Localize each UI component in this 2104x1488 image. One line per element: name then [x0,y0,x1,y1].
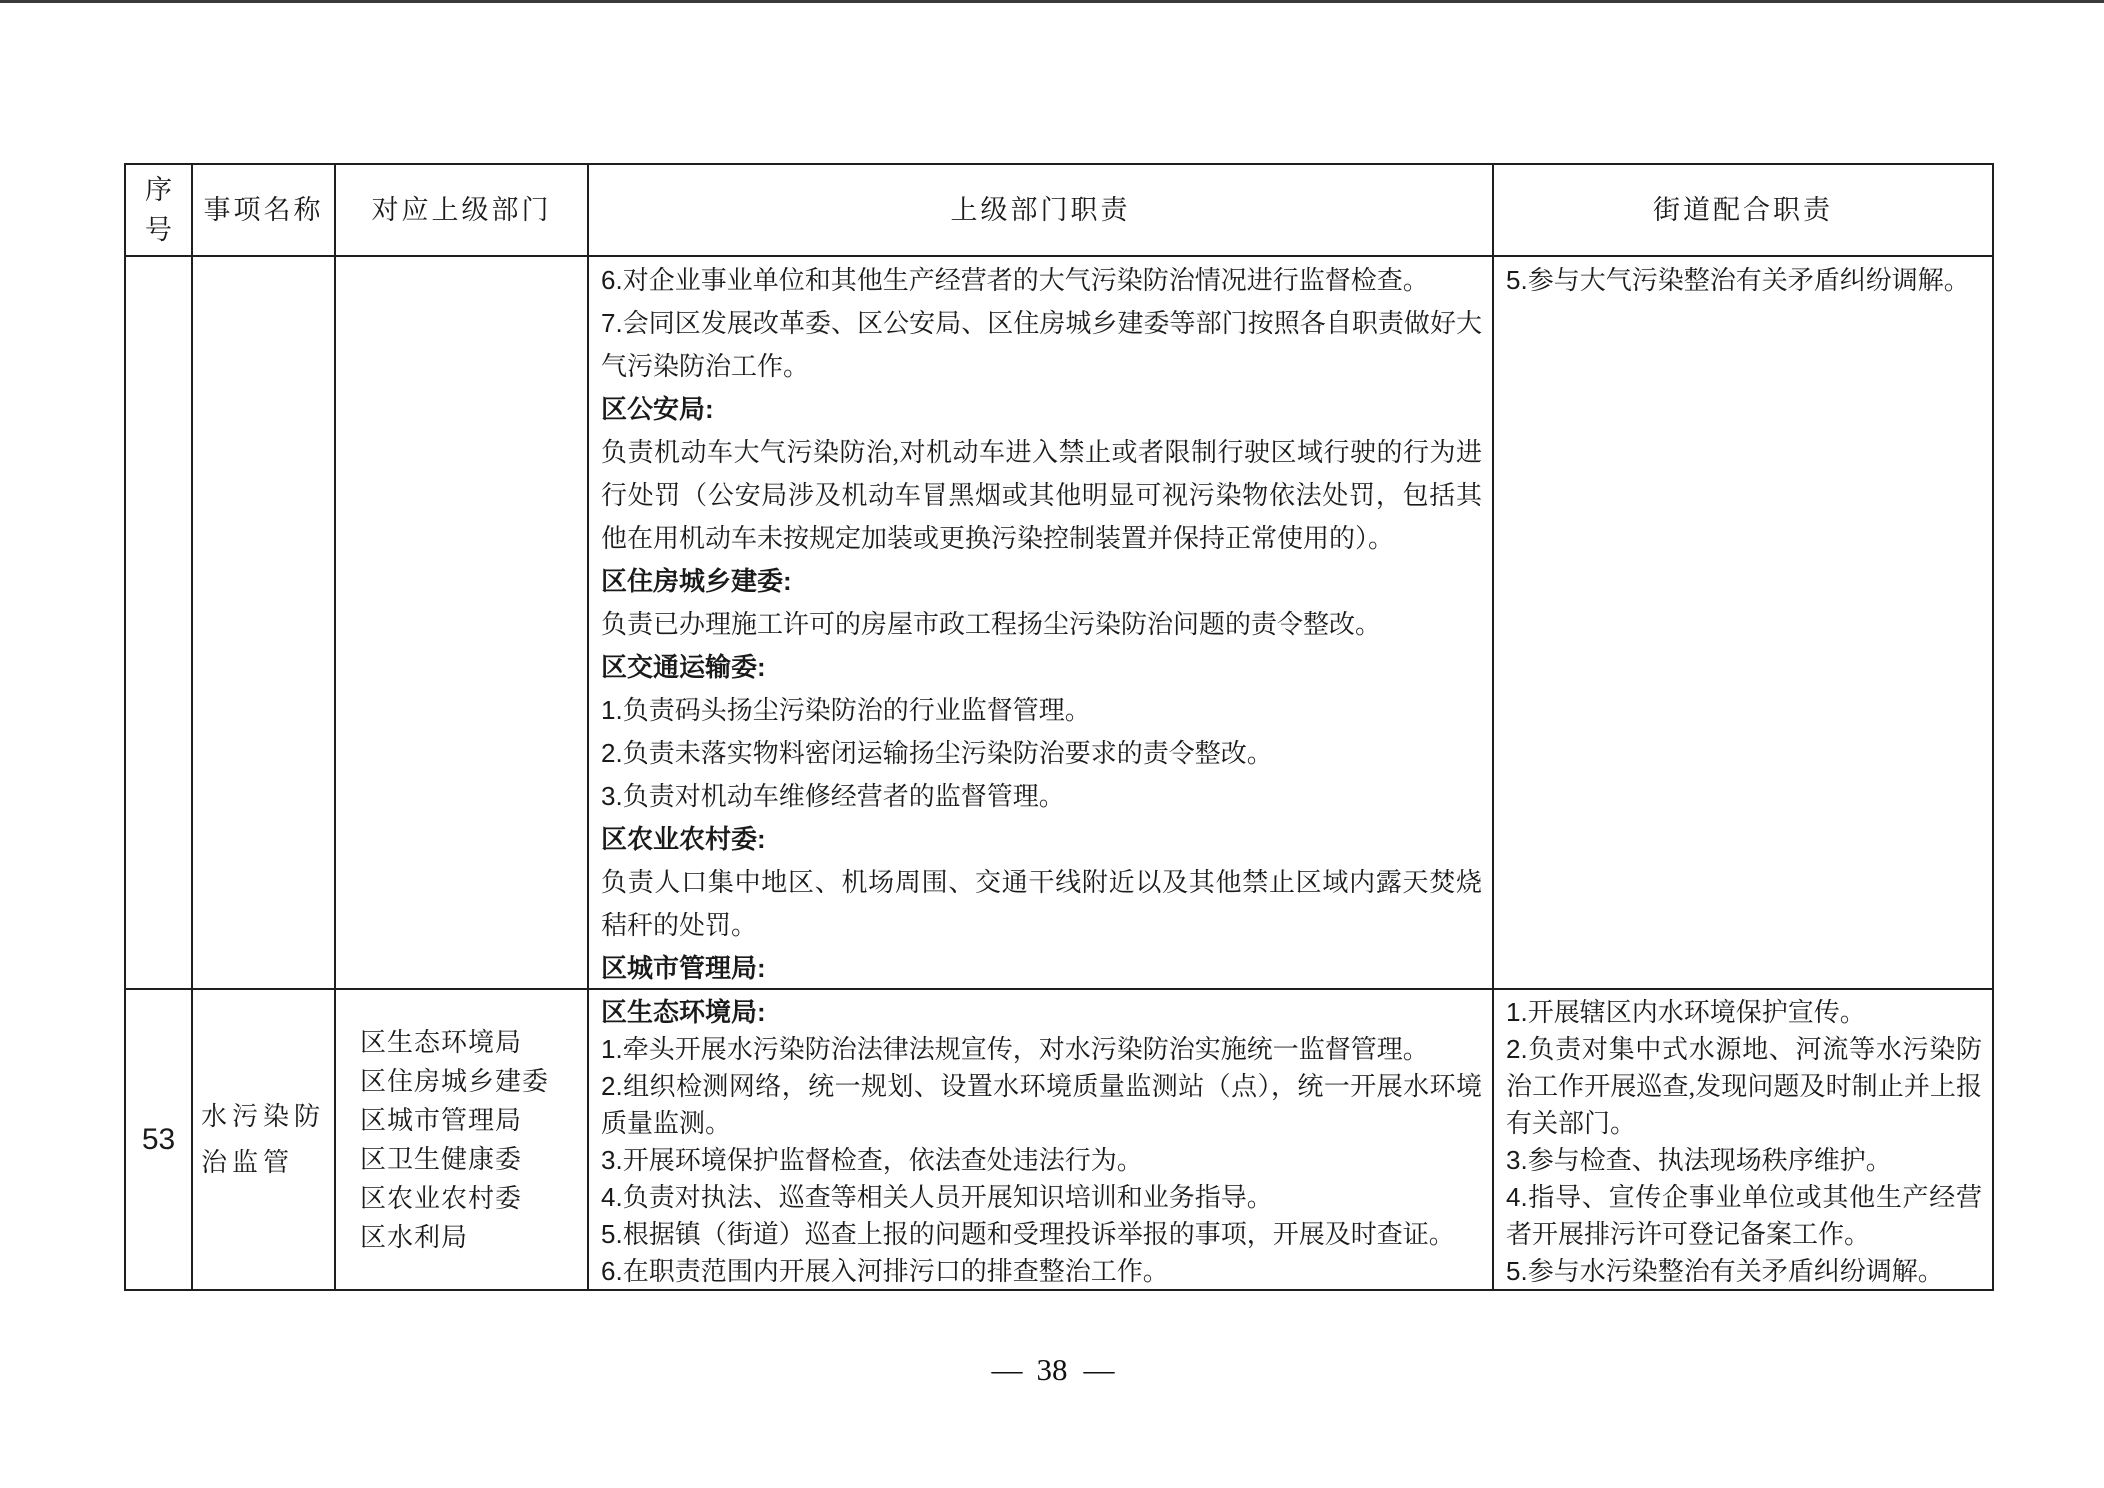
duty-department-heading: 区交通运输委: [601,646,1482,689]
row2-street-duties-cell: 1.开展辖区内水环境保护宣传。 2.负责对集中式水源地、河流等水污染防治工作开展… [1494,990,1992,1289]
department-item: 区住房城乡建委 [360,1062,587,1101]
row2-name-cell: 水污染防治监管 [193,990,336,1289]
duty-department-heading: 区公安局: [601,388,1482,431]
street-duty-item: 3.参与检查、执法现场秩序维护。 [1506,1142,1982,1179]
duty-item: 7.会同区发展改革委、区公安局、区住房城乡建委等部门按照各自职责做好大气污染防治… [601,302,1482,388]
duty-item: 负责机动车大气污染防治,对机动车进入禁止或者限制行驶区域行驶的行为进行处罚（公安… [601,431,1482,560]
duty-item: 5.根据镇（街道）巡查上报的问题和受理投诉举报的事项，开展及时查证。 [601,1216,1482,1253]
row2-name: 水污染防治监管 [193,1094,334,1186]
street-duty-item: 5.参与水污染整治有关矛盾纠纷调解。 [1506,1253,1982,1289]
header-department-label: 对应上级部门 [372,190,552,230]
row1-department-cell [336,257,589,990]
duty-item: 3.开展环境保护监督检查，依法查处违法行为。 [601,1142,1482,1179]
header-department: 对应上级部门 [336,165,589,257]
department-list: 区生态环境局 区住房城乡建委 区城市管理局 区卫生健康委 区农业农村委 区水利局 [336,990,587,1289]
row1-seq-cell [126,257,193,990]
row2-department-cell: 区生态环境局 区住房城乡建委 区城市管理局 区卫生健康委 区农业农村委 区水利局 [336,990,589,1289]
row1-name-cell [193,257,336,990]
department-item: 区水利局 [360,1218,587,1257]
department-item: 区农业农村委 [360,1179,587,1218]
department-item: 区生态环境局 [360,1023,587,1062]
street-duty-item: 4.指导、宣传企事业单位或其他生产经营者开展排污许可登记备案工作。 [1506,1179,1982,1253]
department-item: 区卫生健康委 [360,1140,587,1179]
footer-dash-right: — [1084,1352,1113,1387]
row2-seq: 53 [142,1123,175,1157]
page-top-edge-line [0,0,2104,3]
duty-item: 3.负责对机动车维修经营者的监督管理。 [601,775,1482,818]
row2-duties-cell: 区生态环境局: 1.牵头开展水污染防治法律法规宣传，对水污染防治实施统一监督管理… [589,990,1494,1289]
page-number: 38 [1037,1352,1068,1387]
duty-item: 2.负责未落实物料密闭运输扬尘污染防治要求的责令整改。 [601,732,1482,775]
street-duty-item: 5.参与大气污染整治有关矛盾纠纷调解。 [1506,259,1982,302]
duty-item: 6.在职责范围内开展入河排污口的排查整治工作。 [601,1253,1482,1289]
footer-dash-left: — [992,1352,1021,1387]
header-item-name: 事项名称 [193,165,336,257]
row2-seq-cell: 53 [126,990,193,1289]
duty-item: 4.负责对执法、巡查等相关人员开展知识培训和业务指导。 [601,1179,1482,1216]
document-page: 序号 事项名称 对应上级部门 上级部门职责 街道配合职责 6.对企业事业单位和其… [0,0,2104,1488]
header-street-duties: 街道配合职责 [1494,165,1992,257]
duty-item: 1.负责码头扬尘污染防治的行业监督管理。 [601,689,1482,732]
header-street-duties-label: 街道配合职责 [1653,190,1833,230]
header-seq: 序号 [126,165,193,257]
duty-item: 1.牵头开展水污染防治法律法规宣传，对水污染防治实施统一监督管理。 [601,1031,1482,1068]
duty-item: 6.对企业事业单位和其他生产经营者的大气污染防治情况进行监督检查。 [601,259,1482,302]
header-item-name-label: 事项名称 [204,190,324,230]
duty-department-heading: 区住房城乡建委: [601,560,1482,603]
duty-item: 负责已办理施工许可的房屋市政工程扬尘污染防治问题的责令整改。 [601,603,1482,646]
header-duties: 上级部门职责 [589,165,1494,257]
header-seq-label: 序号 [142,170,176,250]
page-footer: —38— [0,1352,2104,1388]
duty-item: 负责人口集中地区、机场周围、交通干线附近以及其他禁止区域内露天焚烧秸秆的处罚。 [601,861,1482,947]
row1-duties-cell: 6.对企业事业单位和其他生产经营者的大气污染防治情况进行监督检查。 7.会同区发… [589,257,1494,990]
header-duties-label: 上级部门职责 [951,190,1131,230]
street-duty-item: 2.负责对集中式水源地、河流等水污染防治工作开展巡查,发现问题及时制止并上报有关… [1506,1031,1982,1142]
row1-street-duties-cell: 5.参与大气污染整治有关矛盾纠纷调解。 [1494,257,1992,990]
duty-item: 2.组织检测网络，统一规划、设置水环境质量监测站（点），统一开展水环境质量监测。 [601,1068,1482,1142]
responsibility-table: 序号 事项名称 对应上级部门 上级部门职责 街道配合职责 6.对企业事业单位和其… [124,163,1994,1291]
street-duty-item: 1.开展辖区内水环境保护宣传。 [1506,994,1982,1031]
department-item: 区城市管理局 [360,1101,587,1140]
duty-department-heading: 区城市管理局: [601,947,1482,990]
duty-department-heading: 区生态环境局: [601,994,1482,1031]
duty-department-heading: 区农业农村委: [601,818,1482,861]
